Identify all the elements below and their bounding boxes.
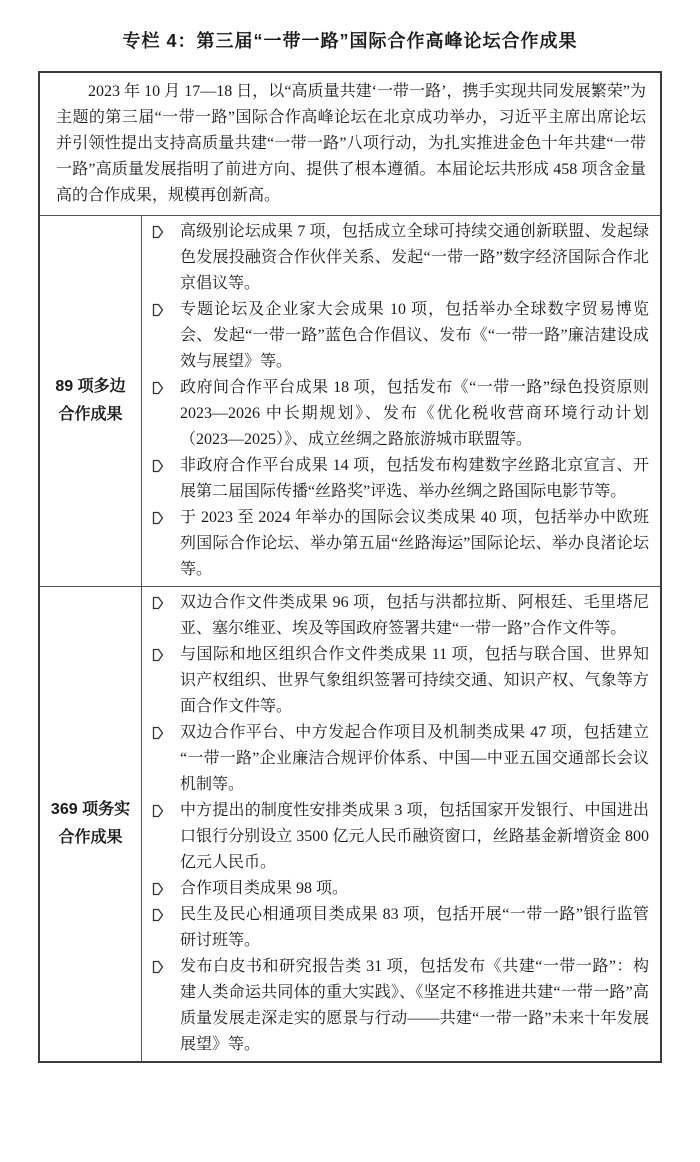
list-item: 政府间合作平台成果 18 项，包括发布《“一带一路”绿色投资原则 2023—20… xyxy=(150,375,649,453)
achievement-list: 高级别论坛成果 7 项，包括成立全球可持续交通创新联盟、发起绿色发展投融资合作伙… xyxy=(150,219,649,583)
pentagon-arrow-icon xyxy=(150,798,180,818)
list-item-text: 发布白皮书和研究报告类 31 项，包括发布《共建“一带一路”：构建人类命运共同体… xyxy=(180,954,649,1058)
list-item: 合作项目类成果 98 项。 xyxy=(150,876,649,902)
list-item: 于 2023 至 2024 年举办的国际会议类成果 40 项，包括举办中欧班列国… xyxy=(150,505,649,583)
section-label-practical: 369 项务实 合作成果 xyxy=(40,587,142,1061)
list-item-text: 非政府合作平台成果 14 项，包括发布构建数字丝路北京宣言、开展第二届国际传播“… xyxy=(180,453,649,505)
list-item-text: 双边合作平台、中方发起合作项目及机制类成果 47 项，包括建立“一带一路”企业廉… xyxy=(180,720,649,798)
list-item: 双边合作平台、中方发起合作项目及机制类成果 47 项，包括建立“一带一路”企业廉… xyxy=(150,720,649,798)
list-item-text: 双边合作文件类成果 96 项，包括与洪都拉斯、阿根廷、毛里塔尼亚、塞尔维亚、埃及… xyxy=(180,590,649,642)
intro-cell: 2023 年 10 月 17—18 日，以“高质量共建‘一带一路’，携手实现共同… xyxy=(40,73,660,216)
intro-paragraph: 2023 年 10 月 17—18 日，以“高质量共建‘一带一路’，携手实现共同… xyxy=(56,79,646,209)
section-label-line2: 合作成果 xyxy=(58,406,122,423)
section-content-practical: 双边合作文件类成果 96 项，包括与洪都拉斯、阿根廷、毛里塔尼亚、塞尔维亚、埃及… xyxy=(142,587,660,1061)
pentagon-arrow-icon xyxy=(150,954,180,974)
pentagon-arrow-icon xyxy=(150,720,180,740)
column-box-table: 2023 年 10 月 17—18 日，以“高质量共建‘一带一路’，携手实现共同… xyxy=(38,71,662,1063)
section-label-multilateral: 89 项多边 合作成果 xyxy=(40,216,142,586)
list-item: 与国际和地区组织合作文件类成果 11 项，包括与联合国、世界知识产权组织、世界气… xyxy=(150,642,649,720)
achievement-list: 双边合作文件类成果 96 项，包括与洪都拉斯、阿根廷、毛里塔尼亚、塞尔维亚、埃及… xyxy=(150,590,649,1058)
section-label-line1: 89 项多边 xyxy=(55,378,125,395)
list-item-text: 于 2023 至 2024 年举办的国际会议类成果 40 项，包括举办中欧班列国… xyxy=(180,505,649,583)
list-item-text: 高级别论坛成果 7 项，包括成立全球可持续交通创新联盟、发起绿色发展投融资合作伙… xyxy=(180,219,649,297)
pentagon-arrow-icon xyxy=(150,219,180,239)
pentagon-arrow-icon xyxy=(150,453,180,473)
list-item-text: 专题论坛及企业家大会成果 10 项，包括举办全球数字贸易博览会、发起“一带一路”… xyxy=(180,297,649,375)
section-label-line1: 369 项务实 xyxy=(51,801,130,818)
section-practical-results: 369 项务实 合作成果 双边合作文件类成果 96 项，包括与洪都拉斯、阿根廷、… xyxy=(40,586,660,1061)
list-item-text: 中方提出的制度性安排类成果 3 项，包括国家开发银行、中国进出口银行分别设立 3… xyxy=(180,798,649,876)
list-item-text: 合作项目类成果 98 项。 xyxy=(180,876,649,902)
pentagon-arrow-icon xyxy=(150,505,180,525)
section-label-line2: 合作成果 xyxy=(58,829,122,846)
pentagon-arrow-icon xyxy=(150,297,180,317)
list-item-text: 与国际和地区组织合作文件类成果 11 项，包括与联合国、世界知识产权组织、世界气… xyxy=(180,642,649,720)
list-item: 专题论坛及企业家大会成果 10 项，包括举办全球数字贸易博览会、发起“一带一路”… xyxy=(150,297,649,375)
pentagon-arrow-icon xyxy=(150,590,180,610)
section-multilateral-results: 89 项多边 合作成果 高级别论坛成果 7 项，包括成立全球可持续交通创新联盟、… xyxy=(40,216,660,586)
page-title: 专栏 4：第三届“一带一路”国际合作高峰论坛合作成果 xyxy=(38,30,662,53)
list-item: 发布白皮书和研究报告类 31 项，包括发布《共建“一带一路”：构建人类命运共同体… xyxy=(150,954,649,1058)
section-content-multilateral: 高级别论坛成果 7 项，包括成立全球可持续交通创新联盟、发起绿色发展投融资合作伙… xyxy=(142,216,660,586)
list-item: 中方提出的制度性安排类成果 3 项，包括国家开发银行、中国进出口银行分别设立 3… xyxy=(150,798,649,876)
list-item: 民生及民心相通项目类成果 83 项，包括开展“一带一路”银行监管研讨班等。 xyxy=(150,902,649,954)
pentagon-arrow-icon xyxy=(150,876,180,896)
list-item-text: 政府间合作平台成果 18 项，包括发布《“一带一路”绿色投资原则 2023—20… xyxy=(180,375,649,453)
pentagon-arrow-icon xyxy=(150,375,180,395)
pentagon-arrow-icon xyxy=(150,642,180,662)
list-item: 双边合作文件类成果 96 项，包括与洪都拉斯、阿根廷、毛里塔尼亚、塞尔维亚、埃及… xyxy=(150,590,649,642)
pentagon-arrow-icon xyxy=(150,902,180,922)
document-page: 专栏 4：第三届“一带一路”国际合作高峰论坛合作成果 2023 年 10 月 1… xyxy=(0,30,700,1063)
list-item: 高级别论坛成果 7 项，包括成立全球可持续交通创新联盟、发起绿色发展投融资合作伙… xyxy=(150,219,649,297)
list-item: 非政府合作平台成果 14 项，包括发布构建数字丝路北京宣言、开展第二届国际传播“… xyxy=(150,453,649,505)
list-item-text: 民生及民心相通项目类成果 83 项，包括开展“一带一路”银行监管研讨班等。 xyxy=(180,902,649,954)
